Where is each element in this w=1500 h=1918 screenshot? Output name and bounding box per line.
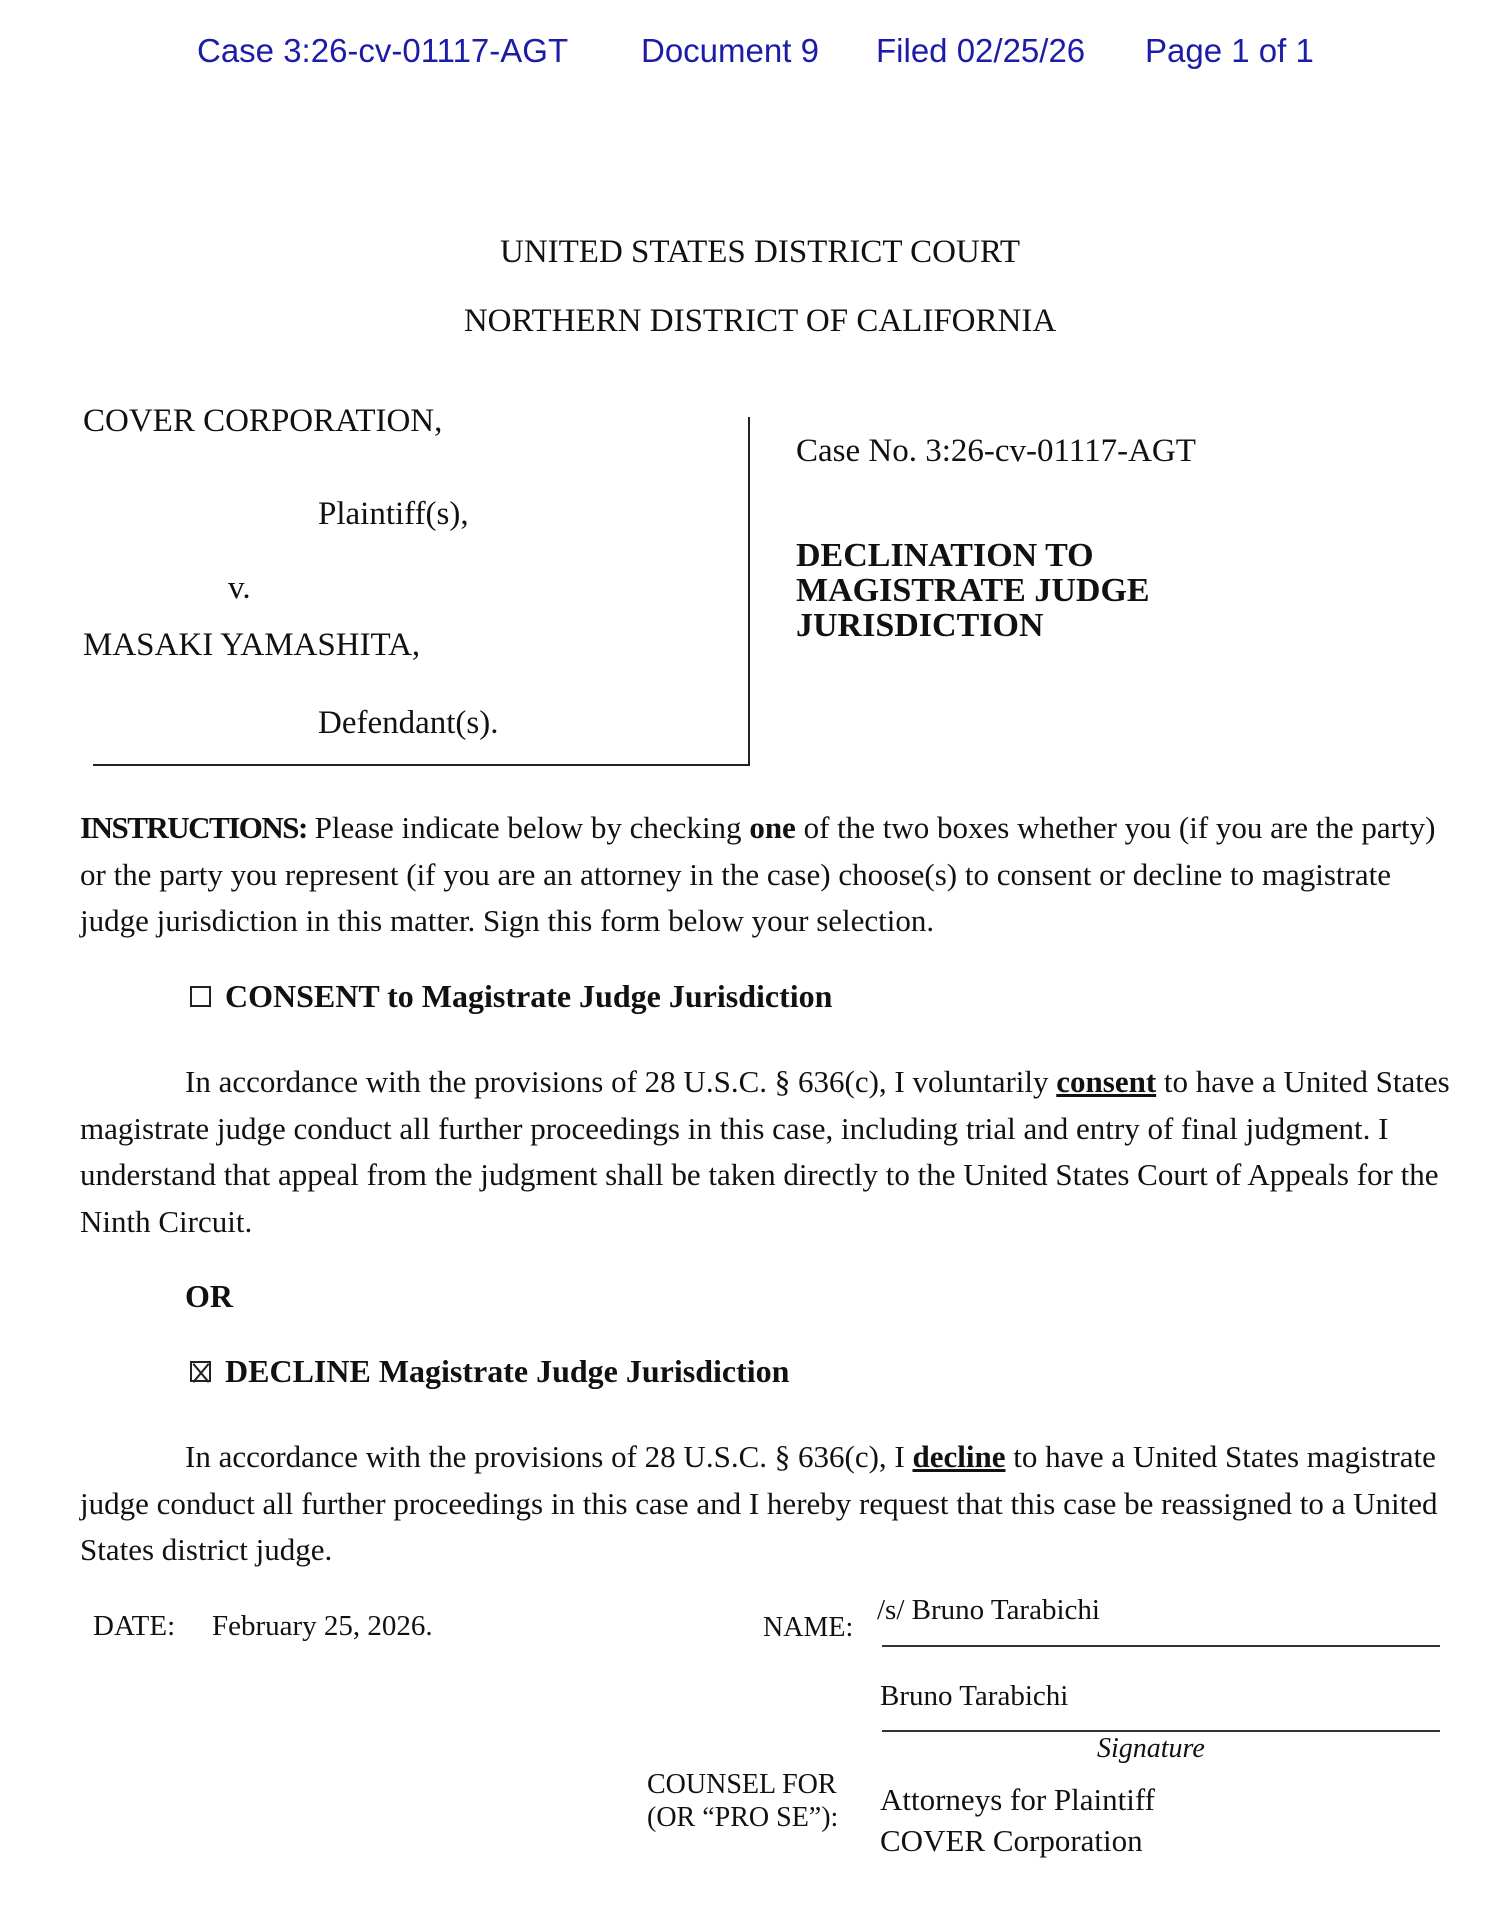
- document-title-line: DECLINATION TO: [796, 538, 1150, 573]
- instructions-emphasis: one: [749, 810, 796, 845]
- header-document-number: Document 9: [641, 32, 819, 70]
- empty-checkbox-icon[interactable]: [190, 986, 211, 1007]
- header-filed-date: Filed 02/25/26: [876, 32, 1085, 70]
- plaintiff-name: COVER CORPORATION,: [83, 403, 442, 440]
- name-value[interactable]: /s/ Bruno Tarabichi: [877, 1594, 1100, 1627]
- instructions-paragraph: INSTRUCTIONS: Please indicate below by c…: [80, 805, 1450, 945]
- plaintiff-role: Plaintiff(s),: [318, 496, 469, 533]
- document-title-line: MAGISTRATE JUDGE: [796, 573, 1150, 608]
- caption-bottom-rule: [93, 764, 750, 766]
- signature-value[interactable]: Bruno Tarabichi: [880, 1680, 1068, 1713]
- decline-option-label: DECLINE Magistrate Judge Jurisdiction: [225, 1353, 789, 1390]
- document-title-line: JURISDICTION: [796, 608, 1150, 643]
- document-title: DECLINATION TO MAGISTRATE JUDGE JURISDIC…: [796, 538, 1150, 643]
- court-name: UNITED STATES DISTRICT COURT: [0, 234, 1500, 271]
- counsel-label-line: COUNSEL FOR: [647, 1768, 838, 1801]
- consent-text: In accordance with the provisions of 28 …: [185, 1064, 1056, 1099]
- defendant-name: MASAKI YAMASHITA,: [83, 627, 420, 664]
- date-value: February 25, 2026.: [212, 1610, 433, 1643]
- decline-paragraph: In accordance with the provisions of 28 …: [80, 1434, 1450, 1574]
- or-label: OR: [185, 1278, 233, 1315]
- consent-keyword: consent: [1056, 1064, 1156, 1099]
- counsel-label: COUNSEL FOR (OR “PRO SE”):: [647, 1768, 838, 1834]
- counsel-label-line: (OR “PRO SE”):: [647, 1801, 838, 1834]
- consent-option-label: CONSENT to Magistrate Judge Jurisdiction: [225, 978, 832, 1015]
- name-label: NAME:: [763, 1612, 853, 1644]
- court-district: NORTHERN DISTRICT OF CALIFORNIA: [0, 303, 1500, 340]
- instructions-label: INSTRUCTIONS:: [80, 810, 307, 845]
- header-page-count: Page 1 of 1: [1145, 32, 1314, 70]
- checked-checkbox-icon[interactable]: [190, 1361, 211, 1382]
- signature-caption: Signature: [1097, 1733, 1205, 1765]
- consent-option[interactable]: CONSENT to Magistrate Judge Jurisdiction: [190, 978, 832, 1015]
- versus-label: v.: [228, 570, 251, 607]
- consent-paragraph: In accordance with the provisions of 28 …: [80, 1059, 1450, 1245]
- decline-text: In accordance with the provisions of 28 …: [185, 1439, 912, 1474]
- counsel-value[interactable]: Attorneys for Plaintiff COVER Corporatio…: [880, 1779, 1155, 1861]
- decline-option[interactable]: DECLINE Magistrate Judge Jurisdiction: [190, 1353, 789, 1390]
- header-case-number: Case 3:26-cv-01117-AGT: [197, 32, 568, 70]
- decline-keyword: decline: [912, 1439, 1005, 1474]
- counsel-value-line: Attorneys for Plaintiff: [880, 1779, 1155, 1820]
- defendant-role: Defendant(s).: [318, 705, 499, 742]
- instructions-text: Please indicate below by checking: [307, 810, 749, 845]
- name-line: [882, 1645, 1440, 1647]
- signature-line: [882, 1730, 1440, 1732]
- counsel-value-line: COVER Corporation: [880, 1820, 1155, 1861]
- date-label: DATE:: [93, 1610, 175, 1643]
- caption-vertical-divider: [748, 417, 750, 766]
- case-number: Case No. 3:26-cv-01117-AGT: [796, 433, 1196, 470]
